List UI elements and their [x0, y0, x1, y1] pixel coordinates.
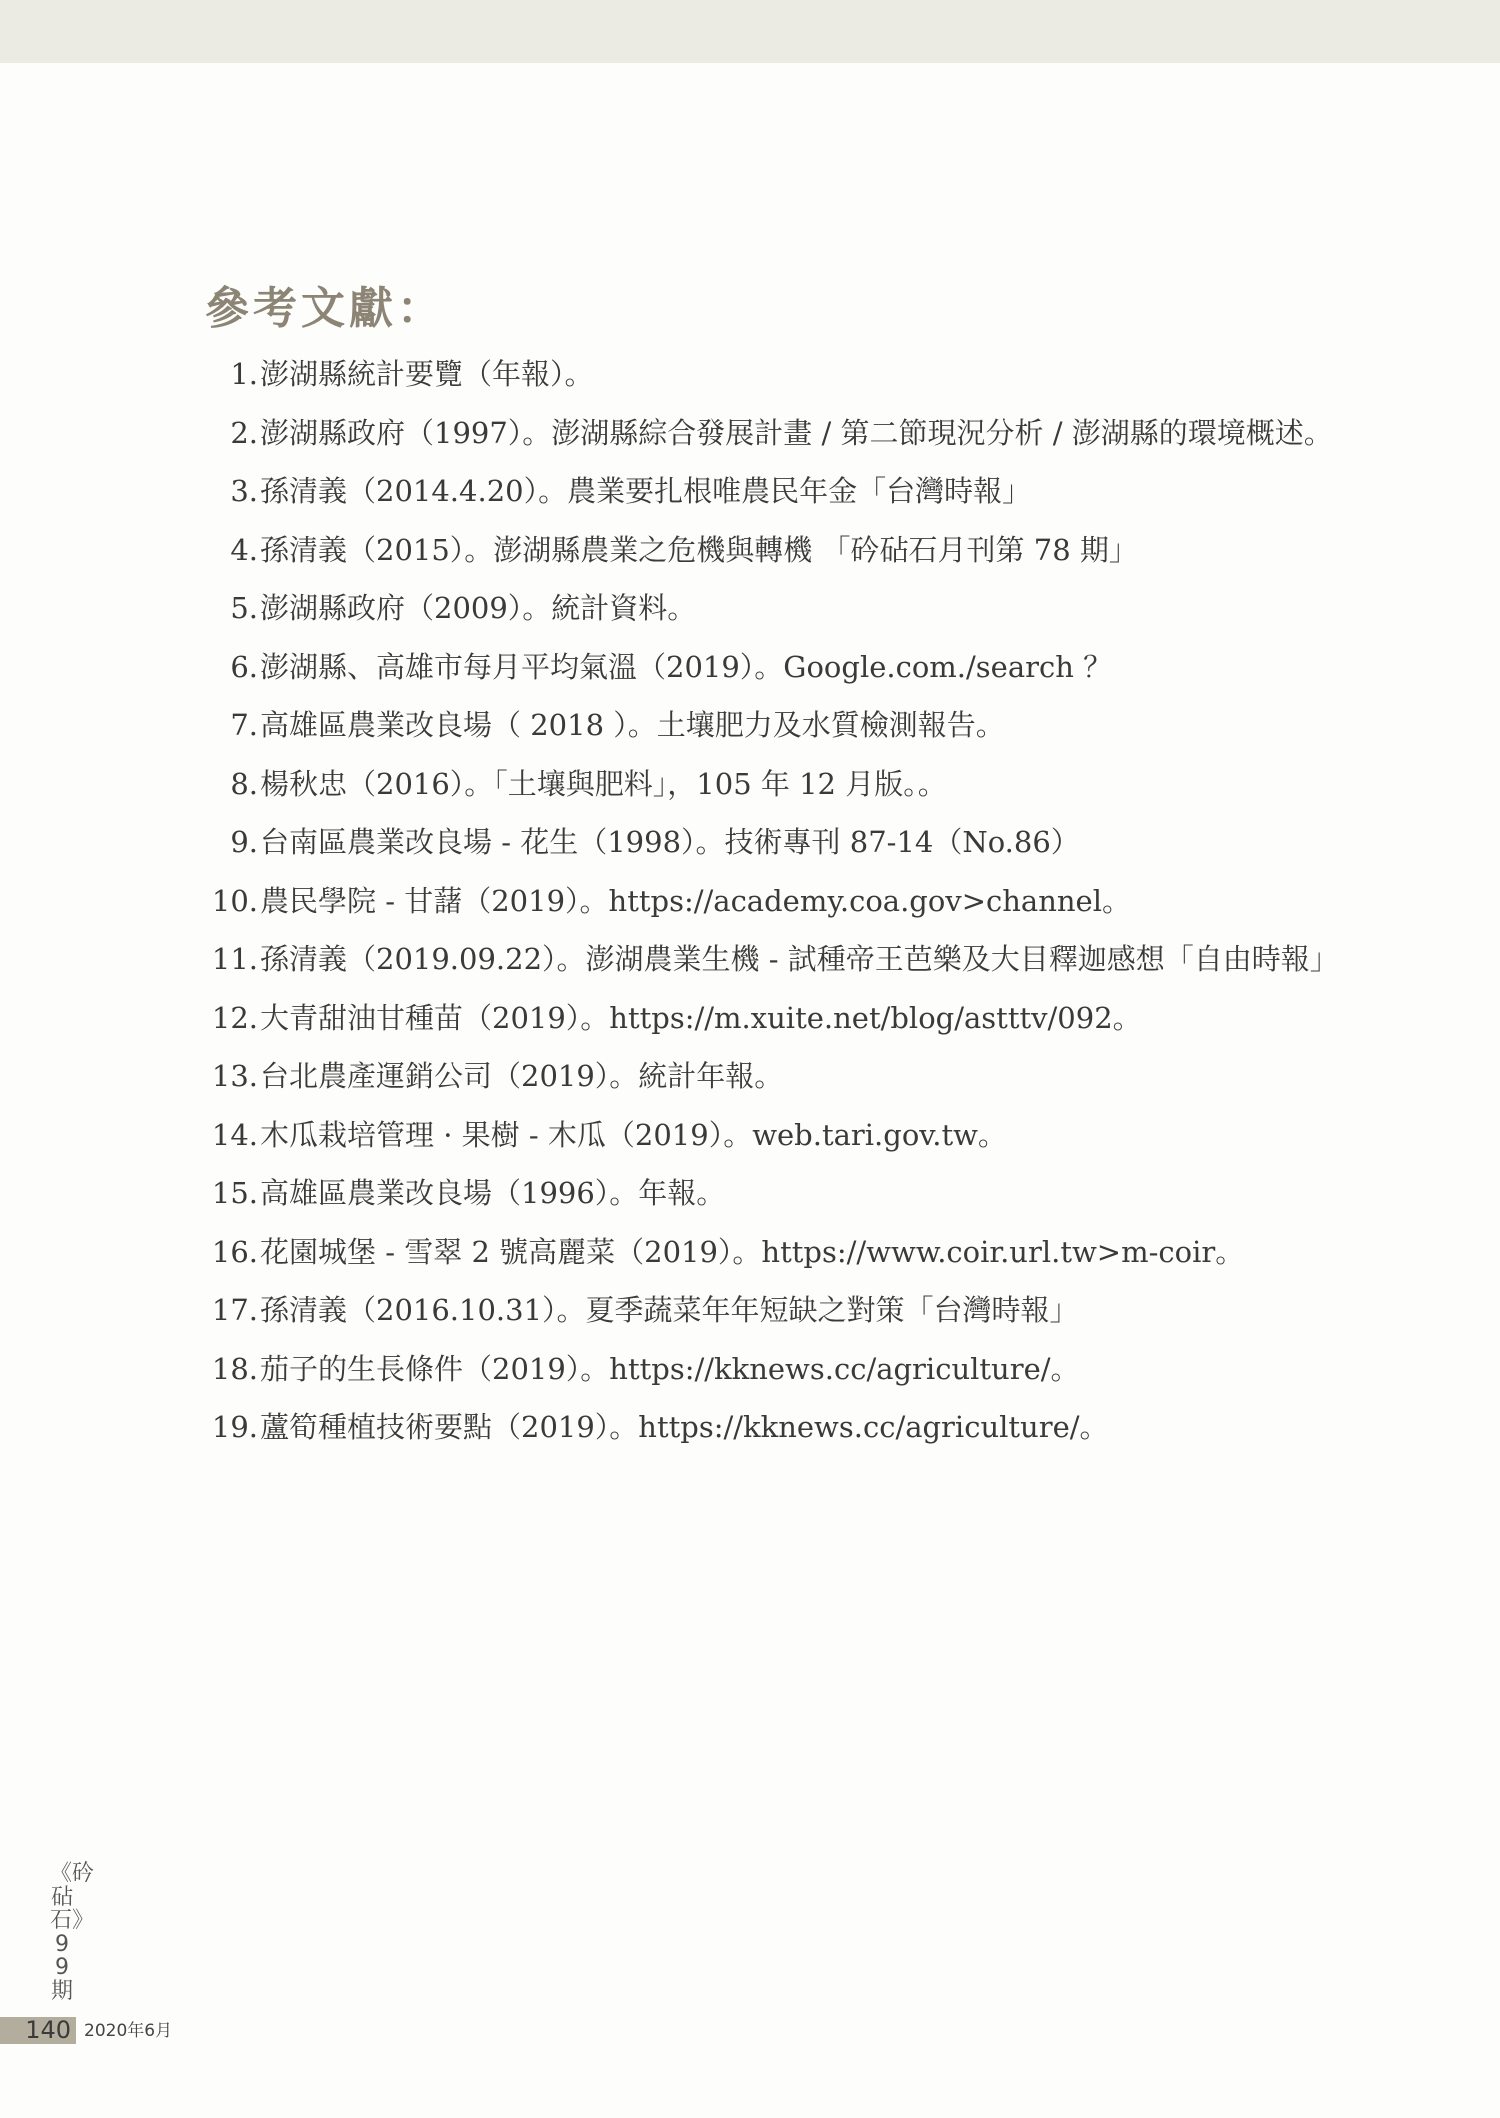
magazine-side-title: 《砛砧石》99期 [50, 1862, 74, 2003]
reference-list: 1.澎湖縣統計要覽（年報）。 2.澎湖縣政府（1997）。澎湖縣綜合發展計畫 /… [200, 345, 1340, 1457]
reference-text: 大青甜油甘種苗（2019）。https://m.xuite.net/blog/a… [260, 989, 1340, 1048]
reference-item: 5.澎湖縣政府（2009）。統計資料。 [200, 579, 1340, 638]
reference-item: 4.孫清義（2015）。澎湖縣農業之危機與轉機 「砛砧石月刊第 78 期」 [200, 521, 1340, 580]
reference-number: 4. [200, 521, 260, 580]
reference-text: 孫清義（2016.10.31）。夏季蔬菜年年短缺之對策「台灣時報」 [260, 1281, 1340, 1340]
reference-number: 2. [200, 404, 260, 463]
reference-item: 12.大青甜油甘種苗（2019）。https://m.xuite.net/blo… [200, 989, 1340, 1048]
reference-item: 11.孫清義（2019.09.22）。澎湖農業生機 - 試種帝王芭樂及大目釋迦感… [200, 930, 1340, 989]
reference-item: 17.孫清義（2016.10.31）。夏季蔬菜年年短缺之對策「台灣時報」 [200, 1281, 1340, 1340]
references-heading: 參考文獻： [205, 272, 445, 336]
reference-text: 茄子的生長條件（2019）。https://kknews.cc/agricult… [260, 1340, 1340, 1399]
reference-text: 高雄區農業改良場（1996）。年報。 [260, 1164, 1340, 1223]
reference-item: 1.澎湖縣統計要覽（年報）。 [200, 345, 1340, 404]
reference-item: 15.高雄區農業改良場（1996）。年報。 [200, 1164, 1340, 1223]
reference-text: 台南區農業改良場 - 花生（1998）。技術專刊 87-14（No.86） [260, 813, 1340, 872]
reference-text: 澎湖縣政府（2009）。統計資料。 [260, 579, 1340, 638]
reference-item: 7.高雄區農業改良場（ 2018 ）。土壤肥力及水質檢測報告。 [200, 696, 1340, 755]
reference-item: 6.澎湖縣、高雄市每月平均氣溫（2019）。Google.com./search… [200, 638, 1340, 697]
reference-text: 澎湖縣政府（1997）。澎湖縣綜合發展計畫 / 第二節現況分析 / 澎湖縣的環境… [260, 404, 1340, 463]
reference-number: 3. [200, 462, 260, 521]
reference-number: 11. [200, 930, 260, 989]
reference-item: 16.花園城堡 - 雪翠 2 號高麗菜（2019）。https://www.co… [200, 1223, 1340, 1282]
reference-text: 澎湖縣、高雄市每月平均氣溫（2019）。Google.com./search ？ [260, 638, 1340, 697]
reference-number: 13. [200, 1047, 260, 1106]
reference-number: 17. [200, 1281, 260, 1340]
reference-number: 7. [200, 696, 260, 755]
reference-text: 澎湖縣統計要覽（年報）。 [260, 345, 1340, 404]
page-number-badge: 140 [0, 2017, 76, 2044]
reference-number: 19. [200, 1398, 260, 1457]
reference-number: 12. [200, 989, 260, 1048]
reference-text: 高雄區農業改良場（ 2018 ）。土壤肥力及水質檢測報告。 [260, 696, 1340, 755]
reference-text: 花園城堡 - 雪翠 2 號高麗菜（2019）。https://www.coir.… [260, 1223, 1340, 1282]
reference-number: 9. [200, 813, 260, 872]
reference-item: 3.孫清義（2014.4.20）。農業要扎根唯農民年金「台灣時報」 [200, 462, 1340, 521]
reference-number: 18. [200, 1340, 260, 1399]
reference-text: 台北農產運銷公司（2019）。統計年報。 [260, 1047, 1340, 1106]
reference-number: 6. [200, 638, 260, 697]
top-margin-band [0, 0, 1500, 63]
reference-number: 15. [200, 1164, 260, 1223]
reference-item: 13.台北農產運銷公司（2019）。統計年報。 [200, 1047, 1340, 1106]
reference-item: 2.澎湖縣政府（1997）。澎湖縣綜合發展計畫 / 第二節現況分析 / 澎湖縣的… [200, 404, 1340, 463]
reference-text: 木瓜栽培管理 · 果樹 - 木瓜（2019）。web.tari.gov.tw。 [260, 1106, 1340, 1165]
reference-number: 16. [200, 1223, 260, 1282]
reference-text: 農民學院 - 甘藷（2019）。https://academy.coa.gov>… [260, 872, 1340, 931]
reference-text: 孫清義（2015）。澎湖縣農業之危機與轉機 「砛砧石月刊第 78 期」 [260, 521, 1340, 580]
reference-number: 14. [200, 1106, 260, 1165]
reference-item: 14.木瓜栽培管理 · 果樹 - 木瓜（2019）。web.tari.gov.t… [200, 1106, 1340, 1165]
reference-text: 楊秋忠（2016）。「土壤與肥料」，105 年 12 月版。。 [260, 755, 1340, 814]
reference-number: 10. [200, 872, 260, 931]
issue-date: 2020年6月 [84, 2019, 172, 2043]
reference-text: 蘆筍種植技術要點（2019）。https://kknews.cc/agricul… [260, 1398, 1340, 1457]
reference-number: 1. [200, 345, 260, 404]
reference-item: 10.農民學院 - 甘藷（2019）。https://academy.coa.g… [200, 872, 1340, 931]
reference-text: 孫清義（2014.4.20）。農業要扎根唯農民年金「台灣時報」 [260, 462, 1340, 521]
reference-number: 8. [200, 755, 260, 814]
reference-text: 孫清義（2019.09.22）。澎湖農業生機 - 試種帝王芭樂及大目釋迦感想「自… [260, 930, 1340, 989]
reference-item: 18.茄子的生長條件（2019）。https://kknews.cc/agric… [200, 1340, 1340, 1399]
reference-item: 9.台南區農業改良場 - 花生（1998）。技術專刊 87-14（No.86） [200, 813, 1340, 872]
reference-item: 8.楊秋忠（2016）。「土壤與肥料」，105 年 12 月版。。 [200, 755, 1340, 814]
reference-number: 5. [200, 579, 260, 638]
reference-item: 19.蘆筍種植技術要點（2019）。https://kknews.cc/agri… [200, 1398, 1340, 1457]
